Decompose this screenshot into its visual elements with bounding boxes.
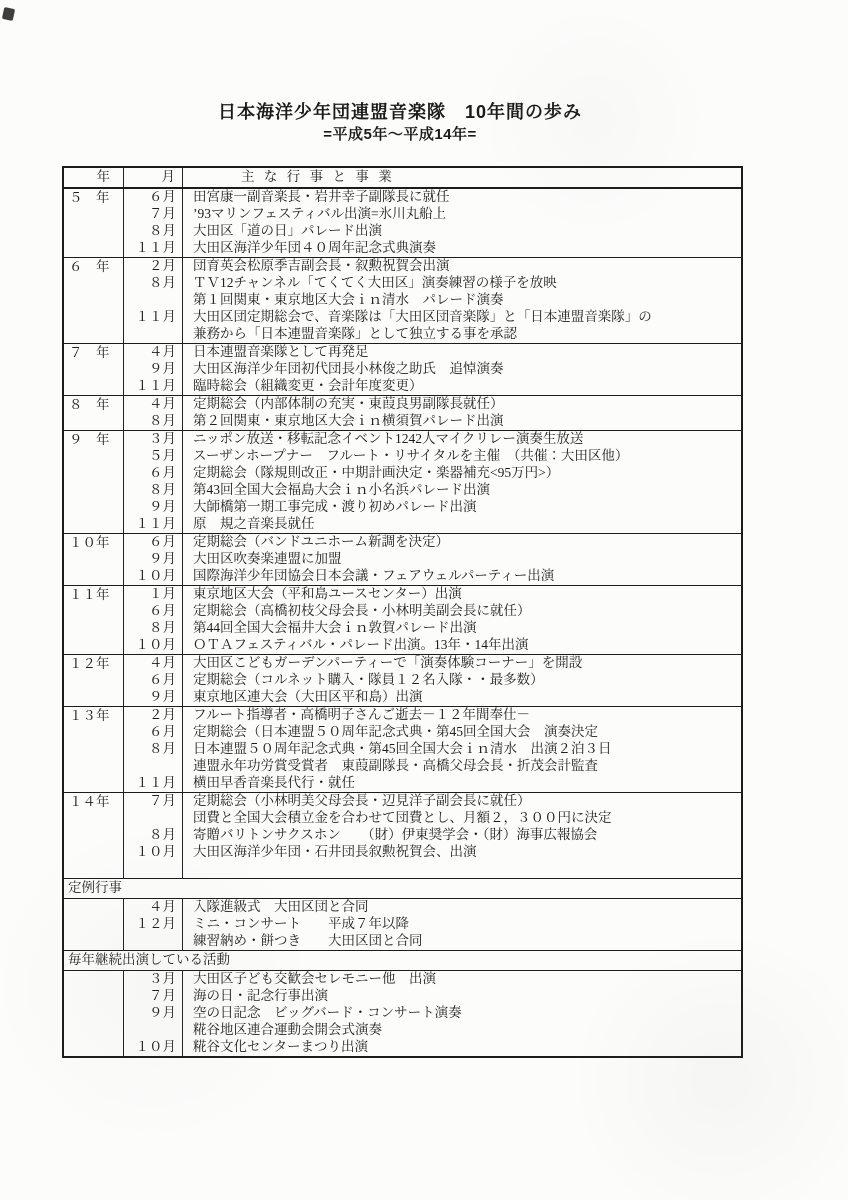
table-row: ２月団育英会松原季吉副会長・叙勲祝賀会出演 (124, 258, 741, 275)
event-text: 大田区こどもガーデンパーティーで「演奏体験コーナー」を開設 (183, 655, 741, 672)
month-cell: ７月 (124, 206, 183, 223)
group-rows: ７月定期総会（小林明美父母会長・辺見洋子副会長に就任）団費と全国大会積立金を合わ… (124, 793, 741, 878)
table-row: １１月大田区海洋少年団４０周年記念式典演奏 (124, 240, 741, 257)
table-row: １１月大田区団定期総会で、音楽隊は「大田区団音楽隊」と「日本連盟音楽隊」の (124, 309, 741, 326)
month-cell: １０月 (124, 637, 183, 654)
event-text: 大田区海洋少年団初代団長小林俊之助氏 追悼演奏 (183, 361, 741, 378)
event-text: スーザンホープナー フルート・リサイタルを主催 （共催：大田区他） (183, 448, 741, 465)
table-row: ９月大田区海洋少年団初代団長小林俊之助氏 追悼演奏 (124, 361, 741, 378)
month-cell (124, 861, 183, 878)
header-year: 年 (64, 168, 124, 187)
event-text: 臨時総会（組織変更・会計年度変更） (183, 378, 741, 395)
event-text: 横田早香音楽長代行・就任 (183, 775, 741, 792)
month-cell: ８月 (124, 482, 183, 499)
month-cell: １１月 (124, 309, 183, 326)
month-cell (124, 326, 183, 343)
month-cell: ６月 (124, 603, 183, 620)
header-month: 月 (124, 168, 183, 187)
event-text: 寄贈バリトンサクスホン （財）伊東奨学会・（財）海事広報協会 (183, 827, 741, 844)
month-cell: ７月 (124, 793, 183, 810)
year-group: ４月入隊進級式 大田区団と合同１２月ミニ・コンサート 平成７年以降練習納め・餅つ… (64, 899, 741, 951)
table-row: ８月第43回全国大会福島大会ｉｎ小名浜パレード出演 (124, 482, 741, 499)
year-cell: １３年 (64, 707, 124, 792)
event-text: 糀谷地区連合運動会開会式演奏 (183, 1022, 741, 1039)
month-cell: ７月 (124, 988, 183, 1005)
year-group: １４年７月定期総会（小林明美父母会長・辺見洋子副会長に就任）団費と全国大会積立金… (64, 793, 741, 879)
year-cell: １１年 (64, 586, 124, 654)
table-row: ７月定期総会（小林明美父母会長・辺見洋子副会長に就任） (124, 793, 741, 810)
event-text: 大田区団定期総会で、音楽隊は「大田区団音楽隊」と「日本連盟音楽隊」の (183, 309, 741, 326)
document-subtitle: =平成5年～平成14年= (0, 125, 800, 144)
group-rows: ３月ニッポン放送・移転記念イベント1242人マイクリレー演奏生放送５月スーザンホ… (124, 431, 741, 533)
event-text: ミニ・コンサート 平成７年以降 (183, 916, 741, 933)
year-group: ９ 年３月ニッポン放送・移転記念イベント1242人マイクリレー演奏生放送５月スー… (64, 431, 741, 534)
table-row: ３月ニッポン放送・移転記念イベント1242人マイクリレー演奏生放送 (124, 431, 741, 448)
section-band: 毎年継続出演している活動 (64, 951, 741, 971)
event-text: 空の日記念 ビッグバード・コンサート演奏 (183, 1005, 741, 1022)
event-text: 日本連盟音楽隊として再発足 (183, 344, 741, 361)
table-row: ６月定期総会（隊規則改正・中期計画決定・楽器補充<95万円>） (124, 465, 741, 482)
event-text: 大田区海洋少年団・石井団長叙勲祝賀会、出演 (183, 844, 741, 861)
year-cell: ６ 年 (64, 258, 124, 343)
event-text: 定期総会（日本連盟５０周年記念式典・第45回全国大会 演奏決定 (183, 724, 741, 741)
table-row: ８月ＴＶ12チャンネル「てくてく大田区」演奏練習の様子を放映 (124, 275, 741, 292)
month-cell: ８月 (124, 275, 183, 292)
table-row: １０月国際海洋少年団協会日本会議・フェアウェルパーティー出演 (124, 568, 741, 585)
table-row: １１月横田早香音楽長代行・就任 (124, 775, 741, 792)
year-group: １２年４月大田区こどもガーデンパーティーで「演奏体験コーナー」を開設６月定期総会… (64, 655, 741, 707)
table-row: ６月定期総会（コルネット購入・隊員１２名入隊・・最多数） (124, 672, 741, 689)
month-cell (124, 292, 183, 309)
year-group: ３月大田区子ども交歓会セレモニー他 出演７月海の日・記念行事出演９月空の日記念 … (64, 971, 741, 1056)
table-row: 第１回関東・東京地区大会ｉｎ清水 パレード演奏 (124, 292, 741, 309)
month-cell: ４月 (124, 655, 183, 672)
month-cell: ６月 (124, 724, 183, 741)
event-text: 定期総会（コルネット購入・隊員１２名入隊・・最多数） (183, 672, 741, 689)
table-row: ８月寄贈バリトンサクスホン （財）伊東奨学会・（財）海事広報協会 (124, 827, 741, 844)
table-row: ４月日本連盟音楽隊として再発足 (124, 344, 741, 361)
group-rows: ４月定期総会（内部体制の充実・東葭良男副隊長就任）８月第２回関東・東京地区大会ｉ… (124, 396, 741, 430)
month-cell: １０月 (124, 844, 183, 861)
event-text: ＯＴＡフェスティバル・パレード出演。13年・14年出演 (183, 637, 741, 654)
year-group: ６ 年２月団育英会松原季吉副会長・叙勲祝賀会出演８月ＴＶ12チャンネル「てくてく… (64, 258, 741, 344)
table-row: 団費と全国大会積立金を合わせて団費とし、月額２，３００円に決定 (124, 810, 741, 827)
table-body: ５ 年６月田宮康一副音楽長・岩井幸子副隊長に就任７月’93マリンフェスティバル出… (64, 189, 741, 1056)
event-text: 定期総会（隊規則改正・中期計画決定・楽器補充<95万円>） (183, 465, 741, 482)
table-row: ４月入隊進級式 大田区団と合同 (124, 899, 741, 916)
event-text: 大田区子ども交歓会セレモニー他 出演 (183, 971, 741, 988)
year-cell: ７ 年 (64, 344, 124, 395)
year-cell: １０年 (64, 534, 124, 585)
month-cell: ６月 (124, 465, 183, 482)
event-text: 団育英会松原季吉副会長・叙勲祝賀会出演 (183, 258, 741, 275)
scanned-document-page: 日本海洋少年団連盟音楽隊 10年間の歩み =平成5年～平成14年= 年 月 主 … (0, 0, 848, 1200)
year-group: １３年２月フルート指導者・高橋明子さんご逝去－１２年間奉仕－６月定期総会（日本連… (64, 707, 741, 793)
table-row: ８月大田区「道の日」パレード出演 (124, 223, 741, 240)
year-cell: ８ 年 (64, 396, 124, 430)
table-row: １０月糀谷文化センターまつり出演 (124, 1039, 741, 1056)
event-text: 定期総会（高橋初枝父母会長・小林明美副会長に就任） (183, 603, 741, 620)
table-row: １２月ミニ・コンサート 平成７年以降 (124, 916, 741, 933)
group-rows: １月東京地区大会（平和島ユースセンター）出演６月定期総会（高橋初枝父母会長・小林… (124, 586, 741, 654)
month-cell: １０月 (124, 1039, 183, 1056)
event-text: 兼務から「日本連盟音楽隊」として独立する事を承認 (183, 326, 741, 343)
group-rows: ３月大田区子ども交歓会セレモニー他 出演７月海の日・記念行事出演９月空の日記念 … (124, 971, 741, 1056)
year-cell (64, 971, 124, 1056)
table-row: ４月大田区こどもガーデンパーティーで「演奏体験コーナー」を開設 (124, 655, 741, 672)
event-text: フルート指導者・高橋明子さんご逝去－１２年間奉仕－ (183, 707, 741, 724)
event-text: 大師橋第一期工事完成・渡り初めパレード出演 (183, 499, 741, 516)
event-text: 連盟永年功労賞受賞者 東葭副隊長・高橋父母会長・折茂会計監査 (183, 758, 741, 775)
event-text (183, 861, 741, 878)
event-text: ニッポン放送・移転記念イベント1242人マイクリレー演奏生放送 (183, 431, 741, 448)
month-cell: １１月 (124, 378, 183, 395)
table-row (124, 861, 741, 878)
table-header-row: 年 月 主 な 行 事 と 事 業 (64, 168, 741, 189)
month-cell: １１月 (124, 240, 183, 257)
table-row: １０月大田区海洋少年団・石井団長叙勲祝賀会、出演 (124, 844, 741, 861)
event-text: 海の日・記念行事出演 (183, 988, 741, 1005)
table-row: ６月定期総会（高橋初枝父母会長・小林明美副会長に就任） (124, 603, 741, 620)
month-cell: ４月 (124, 344, 183, 361)
year-group: １０年６月定期総会（バンドユニホーム新調を決定）９月大田区吹奏楽連盟に加盟１０月… (64, 534, 741, 586)
month-cell: ４月 (124, 899, 183, 916)
table-row: ７月海の日・記念行事出演 (124, 988, 741, 1005)
table-row: ６月定期総会（日本連盟５０周年記念式典・第45回全国大会 演奏決定 (124, 724, 741, 741)
month-cell: ９月 (124, 361, 183, 378)
event-text: 日本連盟５０周年記念式典・第45回全国大会ｉｎ清水 出演２泊３日 (183, 741, 741, 758)
table-row: １１月臨時総会（組織変更・会計年度変更） (124, 378, 741, 395)
month-cell: ２月 (124, 707, 183, 724)
year-cell: １４年 (64, 793, 124, 878)
month-cell: ９月 (124, 689, 183, 706)
event-text: 第44回全国大会福井大会ｉｎ敦賀パレード出演 (183, 620, 741, 637)
event-text: 練習納め・餅つき 大田区団と合同 (183, 933, 741, 950)
month-cell: ６月 (124, 189, 183, 206)
group-rows: ４月大田区こどもガーデンパーティーで「演奏体験コーナー」を開設６月定期総会（コル… (124, 655, 741, 706)
table-row: ２月フルート指導者・高橋明子さんご逝去－１２年間奉仕－ (124, 707, 741, 724)
table-row: ９月大師橋第一期工事完成・渡り初めパレード出演 (124, 499, 741, 516)
event-text: 定期総会（バンドユニホーム新調を決定） (183, 534, 741, 551)
year-group: ７ 年４月日本連盟音楽隊として再発足９月大田区海洋少年団初代団長小林俊之助氏 追… (64, 344, 741, 396)
event-text: 定期総会（小林明美父母会長・辺見洋子副会長に就任） (183, 793, 741, 810)
month-cell: ９月 (124, 499, 183, 516)
month-cell: ３月 (124, 431, 183, 448)
table-row: ５月スーザンホープナー フルート・リサイタルを主催 （共催：大田区他） (124, 448, 741, 465)
document-title: 日本海洋少年団連盟音楽隊 10年間の歩み (0, 102, 800, 123)
month-cell: ４月 (124, 396, 183, 413)
year-cell: ５ 年 (64, 189, 124, 257)
month-cell: ９月 (124, 1005, 183, 1022)
month-cell: ８月 (124, 741, 183, 758)
table-row: ９月空の日記念 ビッグバード・コンサート演奏 (124, 1005, 741, 1022)
table-row: ８月日本連盟５０周年記念式典・第45回全国大会ｉｎ清水 出演２泊３日 (124, 741, 741, 758)
table-row: １１月原 規之音楽長就任 (124, 516, 741, 533)
table-row: ９月東京地区連大会（大田区平和島）出演 (124, 689, 741, 706)
month-cell: ６月 (124, 534, 183, 551)
year-cell: ９ 年 (64, 431, 124, 533)
event-text: ’93マリンフェスティバル出演=氷川丸船上 (183, 206, 741, 223)
event-text: 第43回全国大会福島大会ｉｎ小名浜パレード出演 (183, 482, 741, 499)
month-cell: ８月 (124, 827, 183, 844)
table-row: １０月ＯＴＡフェスティバル・パレード出演。13年・14年出演 (124, 637, 741, 654)
event-text: 第１回関東・東京地区大会ｉｎ清水 パレード演奏 (183, 292, 741, 309)
table-row: ３月大田区子ども交歓会セレモニー他 出演 (124, 971, 741, 988)
group-rows: ４月入隊進級式 大田区団と合同１２月ミニ・コンサート 平成７年以降練習納め・餅つ… (124, 899, 741, 950)
scan-artifact-mark (2, 7, 15, 21)
year-group: ５ 年６月田宮康一副音楽長・岩井幸子副隊長に就任７月’93マリンフェスティバル出… (64, 189, 741, 258)
month-cell: １月 (124, 586, 183, 603)
event-text: 定期総会（内部体制の充実・東葭良男副隊長就任） (183, 396, 741, 413)
header-events: 主 な 行 事 と 事 業 (183, 168, 741, 187)
event-text: 第２回関東・東京地区大会ｉｎ横須賀パレード出演 (183, 413, 741, 430)
table-row: ７月’93マリンフェスティバル出演=氷川丸船上 (124, 206, 741, 223)
event-text: 大田区「道の日」パレード出演 (183, 223, 741, 240)
month-cell: ８月 (124, 413, 183, 430)
group-rows: ６月定期総会（バンドユニホーム新調を決定）９月大田区吹奏楽連盟に加盟１０月国際海… (124, 534, 741, 585)
table-row: 糀谷地区連合運動会開会式演奏 (124, 1022, 741, 1039)
event-text: 国際海洋少年団協会日本会議・フェアウェルパーティー出演 (183, 568, 741, 585)
document-header: 日本海洋少年団連盟音楽隊 10年間の歩み =平成5年～平成14年= (0, 102, 800, 144)
history-table: 年 月 主 な 行 事 と 事 業 ５ 年６月田宮康一副音楽長・岩井幸子副隊長に… (62, 166, 743, 1058)
event-text: ＴＶ12チャンネル「てくてく大田区」演奏練習の様子を放映 (183, 275, 741, 292)
event-text: 東京地区大会（平和島ユースセンター）出演 (183, 586, 741, 603)
event-text: 大田区海洋少年団４０周年記念式典演奏 (183, 240, 741, 257)
table-row: ６月田宮康一副音楽長・岩井幸子副隊長に就任 (124, 189, 741, 206)
month-cell: １１月 (124, 516, 183, 533)
month-cell: ６月 (124, 672, 183, 689)
table-row: 練習納め・餅つき 大田区団と合同 (124, 933, 741, 950)
month-cell: ８月 (124, 223, 183, 240)
table-row: ４月定期総会（内部体制の充実・東葭良男副隊長就任） (124, 396, 741, 413)
month-cell: １０月 (124, 568, 183, 585)
event-text: 大田区吹奏楽連盟に加盟 (183, 551, 741, 568)
month-cell: ８月 (124, 620, 183, 637)
table-row: ８月第２回関東・東京地区大会ｉｎ横須賀パレード出演 (124, 413, 741, 430)
group-rows: ２月フルート指導者・高橋明子さんご逝去－１２年間奉仕－６月定期総会（日本連盟５０… (124, 707, 741, 792)
table-row: １月東京地区大会（平和島ユースセンター）出演 (124, 586, 741, 603)
table-row: ６月定期総会（バンドユニホーム新調を決定） (124, 534, 741, 551)
event-text: 東京地区連大会（大田区平和島）出演 (183, 689, 741, 706)
year-group: ８ 年４月定期総会（内部体制の充実・東葭良男副隊長就任）８月第２回関東・東京地区… (64, 396, 741, 431)
table-row: ９月大田区吹奏楽連盟に加盟 (124, 551, 741, 568)
year-group: １１年１月東京地区大会（平和島ユースセンター）出演６月定期総会（高橋初枝父母会長… (64, 586, 741, 655)
month-cell: ２月 (124, 258, 183, 275)
event-text: 入隊進級式 大田区団と合同 (183, 899, 741, 916)
group-rows: ６月田宮康一副音楽長・岩井幸子副隊長に就任７月’93マリンフェスティバル出演=氷… (124, 189, 741, 257)
table-row: 兼務から「日本連盟音楽隊」として独立する事を承認 (124, 326, 741, 343)
event-text: 糀谷文化センターまつり出演 (183, 1039, 741, 1056)
month-cell: １１月 (124, 775, 183, 792)
event-text: 原 規之音楽長就任 (183, 516, 741, 533)
month-cell: ３月 (124, 971, 183, 988)
month-cell (124, 810, 183, 827)
table-row: 連盟永年功労賞受賞者 東葭副隊長・高橋父母会長・折茂会計監査 (124, 758, 741, 775)
table-row: ８月第44回全国大会福井大会ｉｎ敦賀パレード出演 (124, 620, 741, 637)
month-cell (124, 758, 183, 775)
month-cell: １２月 (124, 916, 183, 933)
month-cell: ９月 (124, 551, 183, 568)
event-text: 田宮康一副音楽長・岩井幸子副隊長に就任 (183, 189, 741, 206)
year-cell: １２年 (64, 655, 124, 706)
month-cell (124, 1022, 183, 1039)
month-cell (124, 933, 183, 950)
year-cell (64, 899, 124, 950)
section-band: 定例行事 (64, 879, 741, 899)
event-text: 団費と全国大会積立金を合わせて団費とし、月額２，３００円に決定 (183, 810, 741, 827)
group-rows: ２月団育英会松原季吉副会長・叙勲祝賀会出演８月ＴＶ12チャンネル「てくてく大田区… (124, 258, 741, 343)
group-rows: ４月日本連盟音楽隊として再発足９月大田区海洋少年団初代団長小林俊之助氏 追悼演奏… (124, 344, 741, 395)
month-cell: ５月 (124, 448, 183, 465)
